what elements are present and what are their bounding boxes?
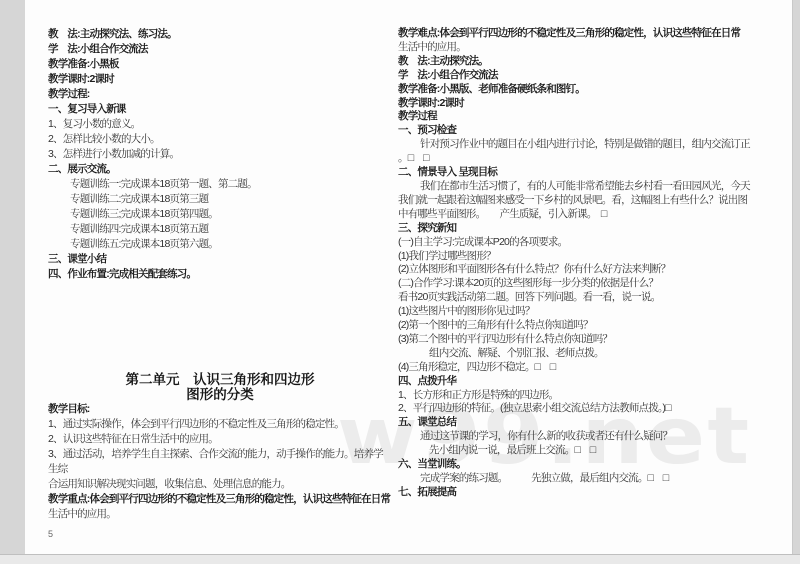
doc-text-line: 针对预习作业中的题目在小组内进行讨论，特别是做错的题目，组内交流订正 (398, 138, 754, 152)
doc-text-line: 教 法:主动探究法、练习法。 (48, 27, 392, 42)
doc-text-line: 3、通过活动，培养学生自主探索、合作交流的能力，动手操作的能力。培养学生综 (48, 447, 392, 477)
doc-text-line: 四、点拨升华 (398, 375, 754, 389)
doc-text-line: 中有哪些平面图形。 产生质疑，引入新课。 □ (398, 208, 754, 222)
doc-text-line: 2、认识这些特征在日常生活中的应用。 (48, 432, 392, 447)
viewer-background: { "watermark": "w99.net", "page_number":… (0, 0, 800, 564)
page-number: 5 (48, 527, 392, 542)
doc-text-line: 1、长方形和正方形是特殊的四边形。 (398, 389, 754, 403)
doc-text-line: 图形的分类 (48, 387, 392, 402)
doc-text-line: 教学课时:2课时 (398, 97, 754, 111)
doc-text-line: (2)第一个图中的三角形有什么特点你知道吗？ (398, 319, 754, 333)
doc-text-line: 专题训练二:完成课本18页第三题 (48, 192, 392, 207)
doc-text-line: 学 法:小组合作交流法 (48, 42, 392, 57)
doc-text-line: 。□ □ (398, 152, 754, 166)
doc-text-line: 学 法:小组合作交流法 (398, 69, 754, 83)
doc-text-line: 看书20页实践活动第二题。回答下列问题。看一看，说一说。 (398, 291, 754, 305)
doc-text-line: 第二单元 认识三角形和四边形 (48, 372, 392, 387)
doc-text-line: 教学过程 (398, 110, 754, 124)
doc-text-line: 三、课堂小结 (48, 252, 392, 267)
doc-text-line: 组内交流、解疑、个别汇报、老师点拨。 (398, 347, 754, 361)
doc-text-line: 六、当堂训练。 (398, 458, 754, 472)
doc-text-line: 一、预习检查 (398, 124, 754, 138)
doc-text-line: 七、拓展提高 (398, 486, 754, 500)
doc-text-line: 我们就一起跟着这幅图来感受一下乡村的风景吧。看，这幅图上有些什么？说出图 (398, 194, 754, 208)
doc-text-line: 教学重点:体会到平行四边形的不稳定性及三角形的稳定性，认识这些特征在日常 (48, 492, 392, 507)
doc-text-line: (一)自主学习:完成课本P20的各项要求。 (398, 236, 754, 250)
doc-text-line: 教学难点:体会到平行四边形的不稳定性及三角形的稳定性，认识这些特征在日常 (398, 27, 754, 41)
document-page: w99.net 教 法:主动探究法、练习法。学 法:小组合作交流法教学准备:小黑… (25, 0, 793, 554)
right-page-column: 教学难点:体会到平行四边形的不稳定性及三角形的稳定性，认识这些特征在日常生活中的… (398, 27, 754, 500)
doc-text-line: 专题训练四:完成课本18页第五题 (48, 222, 392, 237)
doc-text-line: 二、展示交流。 (48, 162, 392, 177)
doc-text-line: (1)这些图片中的图形你见过吗？ (398, 305, 754, 319)
doc-text-line: 3、怎样进行小数加减的计算。 (48, 147, 392, 162)
doc-text-line: 1、通过实际操作，体会到平行四边形的不稳定性及三角形的稳定性。 (48, 417, 392, 432)
doc-text-line: 二、情景导入 呈现目标 (398, 166, 754, 180)
doc-text-line: (4)三角形稳定，四边形不稳定。□ □ (398, 361, 754, 375)
doc-text-line: 五、课堂总结 (398, 416, 754, 430)
doc-text-line: 1、复习小数的意义。 (48, 117, 392, 132)
doc-text-line: 我们在都市生活习惯了，有的人可能非常希望能去乡村看一看田园风光，今天 (398, 180, 754, 194)
viewer-bottom-margin (0, 554, 800, 564)
doc-text-line: 三、探究新知 (398, 222, 754, 236)
doc-text-line: 通过这节课的学习，你有什么新的收获或者还有什么疑问？ (398, 430, 754, 444)
doc-text-line: 生活中的应用。 (48, 507, 392, 522)
doc-text-line: 2、平行四边形的特征。(独立思索小组交流总结方法教师点拨。)□ (398, 402, 754, 416)
doc-text-line: 教学过程: (48, 87, 392, 102)
doc-text-line: 教学课时:2课时 (48, 72, 392, 87)
doc-text-line: 专题训练三;完成课本18页第四题。 (48, 207, 392, 222)
doc-text-line: (二)合作学习:课本20页的这些图形每一步分类的依据是什么？ (398, 277, 754, 291)
doc-text-line: 完成学案的练习题。 先独立做，最后组内交流。□ □ (398, 472, 754, 486)
doc-text-line: 教学准备:小黑版、老师准备硬纸条和图钉。 (398, 83, 754, 97)
doc-text-line: 教学准备:小黑板 (48, 57, 392, 72)
doc-text-line: (1)我们学过哪些图形？ (398, 250, 754, 264)
doc-text-line: 四、作业布置:完成相关配套练习。 (48, 267, 392, 282)
doc-text-line: 生活中的应用。 (398, 41, 754, 55)
doc-text-line: 先小组内说一说，最后班上交流。□ □ (398, 444, 754, 458)
doc-text-line: 一、复习导入新课 (48, 102, 392, 117)
doc-text-line: 专题训练一:完成课本18页第一题、第二题。 (48, 177, 392, 192)
doc-text-line: 合运用知识解决现实问题，收集信息、处理信息的能力。 (48, 477, 392, 492)
doc-text-line: 教学目标: (48, 402, 392, 417)
doc-text-line: (3)第二个图中的平行四边形有什么特点你知道吗？ (398, 333, 754, 347)
blank-spacer (48, 282, 392, 372)
doc-text-line: 专题训练五:完成课本18页第六题。 (48, 237, 392, 252)
doc-text-line: (2)立体图形和平面图形各有什么特点？你有什么好方法来判断？ (398, 263, 754, 277)
doc-text-line: 教 法:主动探究法。 (398, 55, 754, 69)
left-page-column: 教 法:主动探究法、练习法。学 法:小组合作交流法教学准备:小黑板教学课时:2课… (48, 27, 392, 542)
doc-text-line: 2、怎样比较小数的大小。 (48, 132, 392, 147)
